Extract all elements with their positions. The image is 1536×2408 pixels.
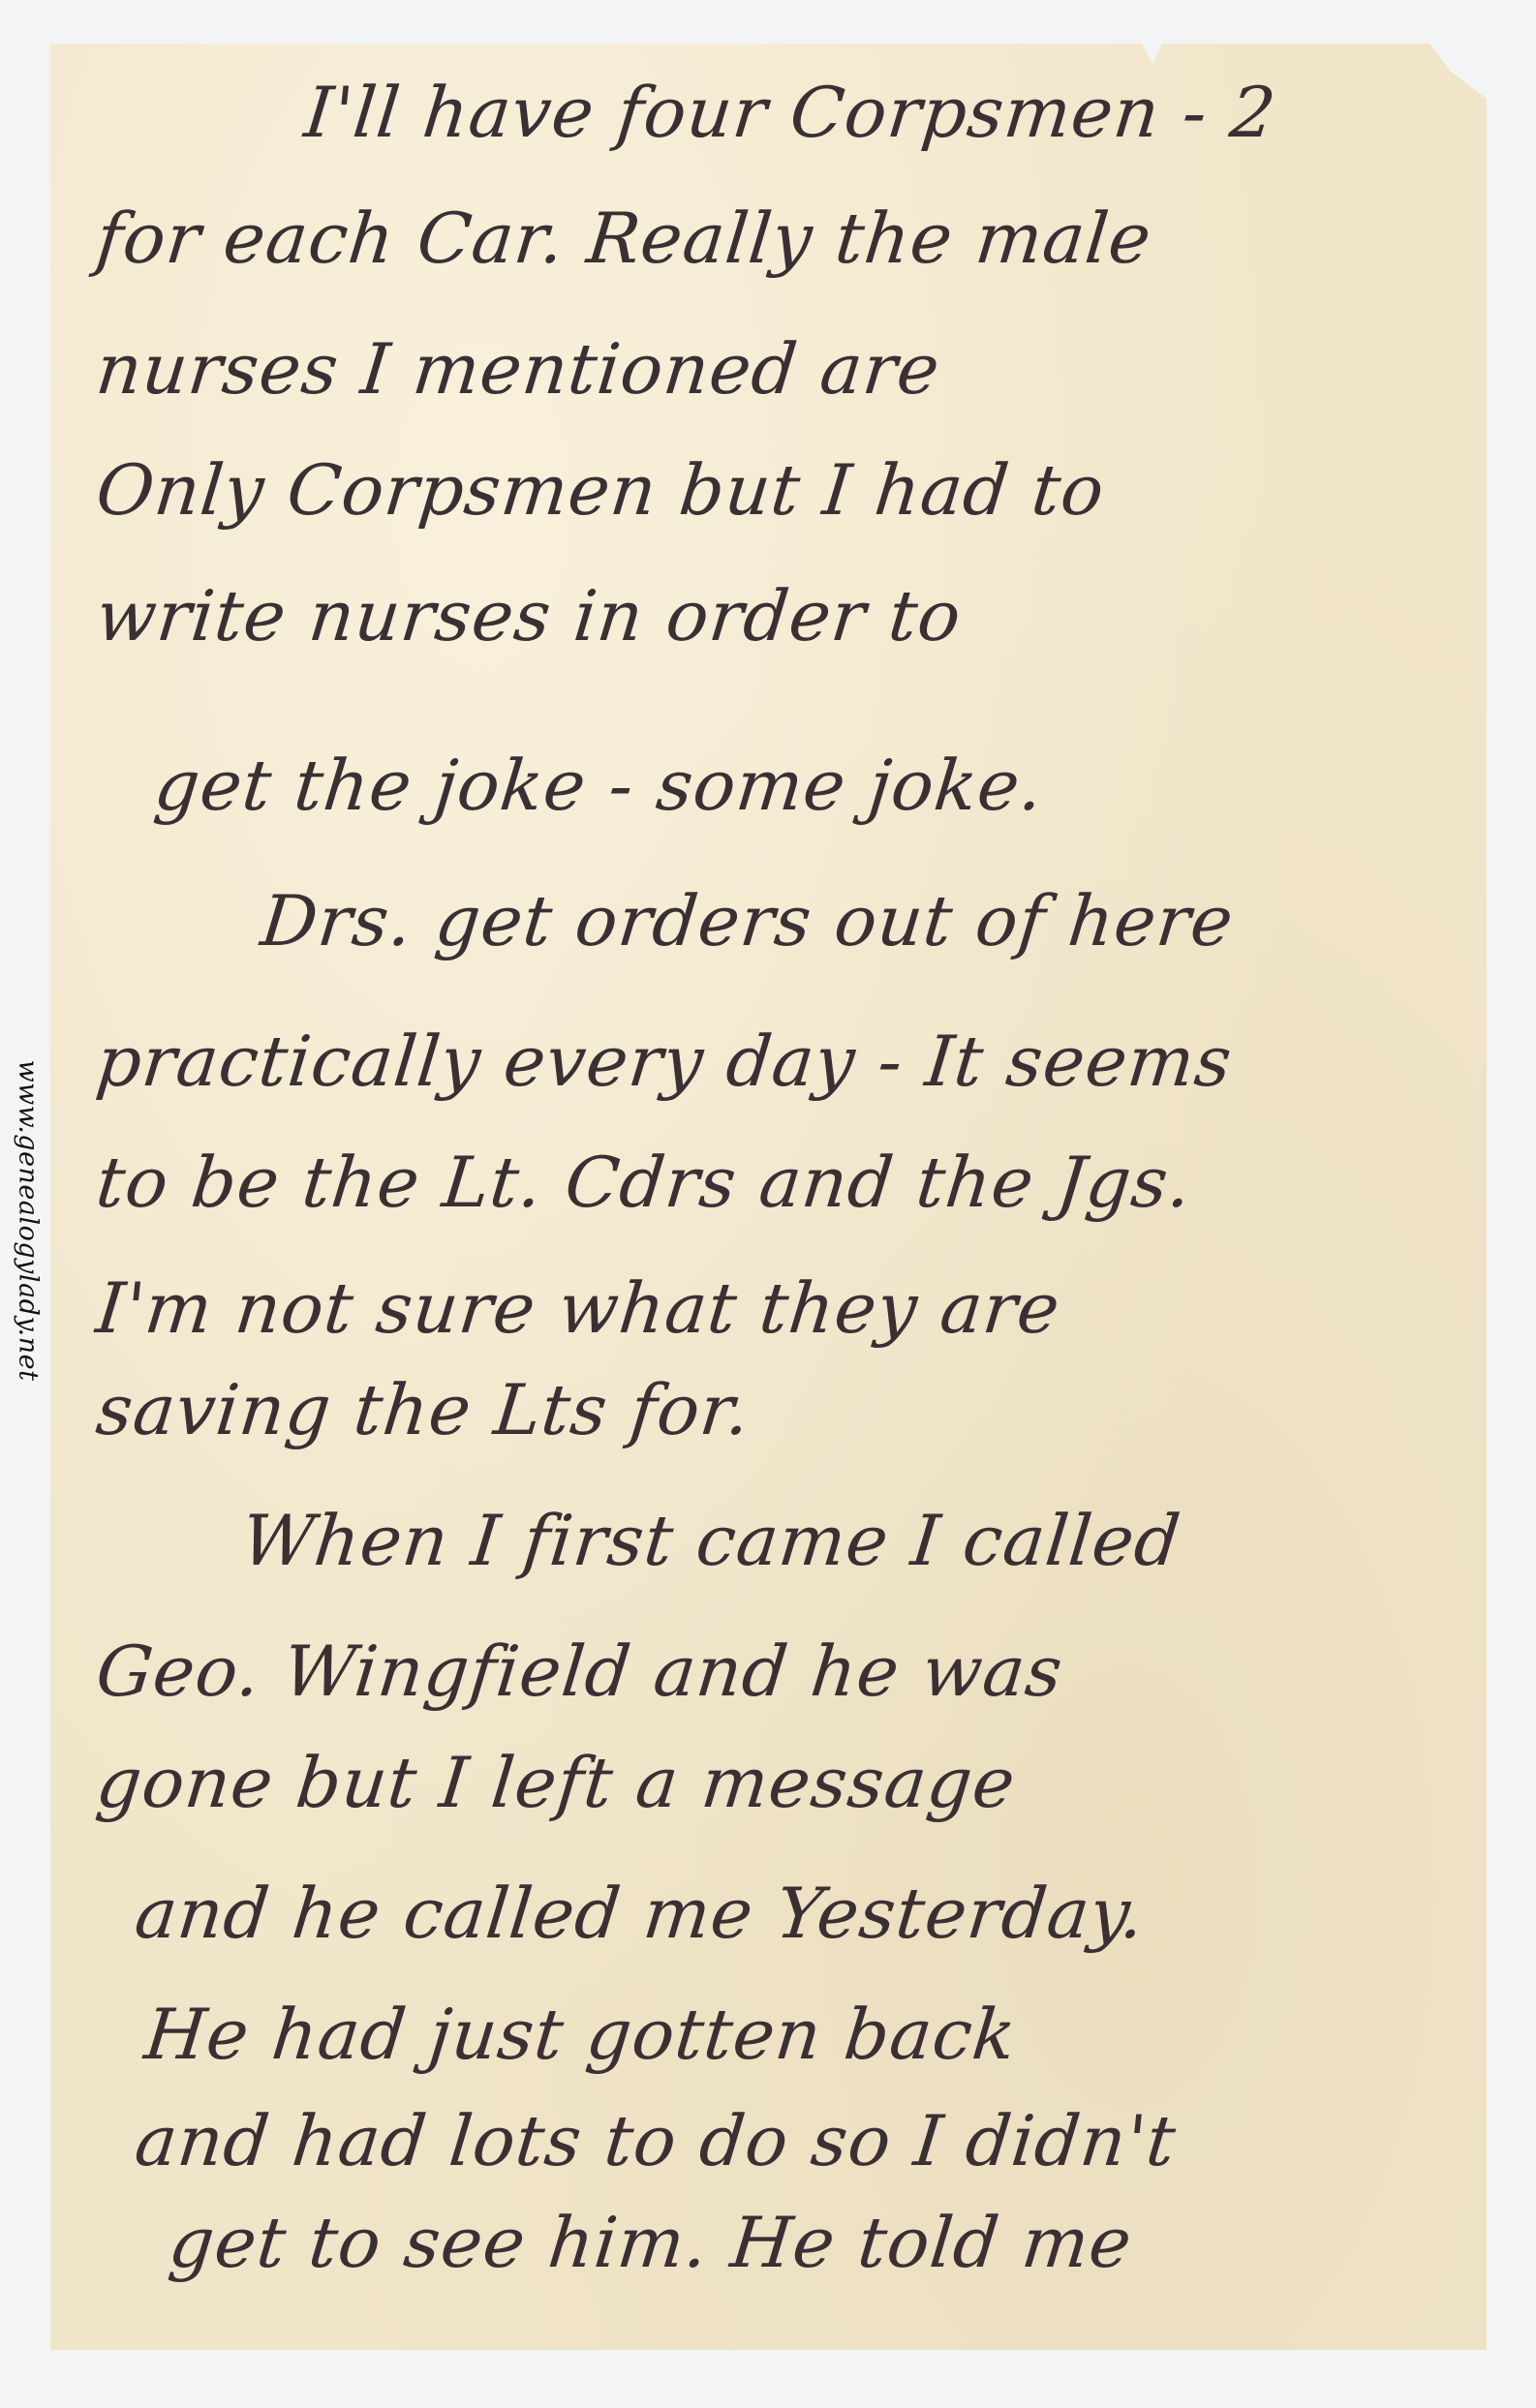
text-line: Only Corpsmen but I had to <box>93 455 1108 525</box>
handwritten-text: I'll have four Corpsmen - 2 for each Car… <box>0 0 1536 2408</box>
text-line: to be the Lt. Cdrs and the Jgs. <box>93 1147 1195 1217</box>
text-line: write nurses in order to <box>93 581 965 651</box>
text-line: get the joke - some joke. <box>151 750 1047 820</box>
text-line: practically every day - It seems <box>93 1026 1235 1096</box>
text-line: and he called me Yesterday. <box>132 1878 1148 1948</box>
text-line: When I first came I called <box>238 1506 1183 1575</box>
text-line: He had just gotten back <box>141 1999 1020 2069</box>
text-line: Drs. get orders out of here <box>258 886 1237 956</box>
text-line: for each Car. Really the male <box>93 203 1154 273</box>
text-line: get to see him. He told me <box>166 2208 1135 2277</box>
text-line: and had lots to do so I didn't <box>132 2106 1180 2176</box>
text-line: nurses I mentioned are <box>93 334 943 404</box>
text-line: Geo. Wingfield and he was <box>93 1636 1066 1706</box>
text-line: gone but I left a message <box>93 1748 1019 1817</box>
text-line: saving the Lts for. <box>93 1375 753 1445</box>
text-line: I'm not sure what they are <box>93 1273 1063 1343</box>
text-line: I'll have four Corpsmen - 2 <box>301 77 1279 147</box>
